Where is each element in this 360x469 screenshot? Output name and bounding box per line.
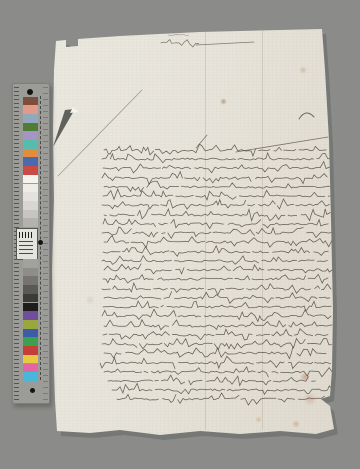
handwriting-line <box>104 347 326 359</box>
handwriting-line <box>102 283 331 295</box>
handwriting-line <box>100 356 331 368</box>
handwriting-line <box>299 113 314 119</box>
handwriting-line <box>102 256 327 265</box>
micro-text <box>19 241 33 255</box>
color-patch <box>23 149 38 158</box>
handwriting-line <box>103 162 331 173</box>
color-patch <box>23 364 38 373</box>
color-patch <box>23 166 38 175</box>
color-patch <box>23 320 38 329</box>
color-patch <box>23 140 38 149</box>
handwriting-line <box>103 246 328 256</box>
handwriting-line <box>102 172 327 185</box>
handwriting-line <box>58 90 142 176</box>
handwriting-line <box>103 219 328 229</box>
handwriting-line <box>236 137 328 152</box>
handwriting-line <box>102 338 332 349</box>
color-patch <box>23 123 38 132</box>
registration-dot <box>27 89 33 95</box>
color-patch <box>23 97 38 106</box>
handwriting-line <box>112 383 333 394</box>
tear-wedge <box>53 109 75 147</box>
handwriting-line <box>103 274 328 283</box>
handwriting-line <box>108 375 315 385</box>
color-patch <box>23 114 38 123</box>
color-patch <box>23 268 38 277</box>
handwriting-line <box>104 181 330 191</box>
registration-dot <box>30 388 35 393</box>
handwriting-line <box>102 153 330 163</box>
color-patch <box>23 218 38 227</box>
color-patch <box>23 259 38 268</box>
handwriting-line <box>196 135 207 148</box>
color-patch <box>23 201 38 210</box>
handwriting-line <box>103 301 331 311</box>
registration-dot <box>38 240 43 245</box>
barcode-icon <box>19 232 33 238</box>
handwriting-line <box>102 199 330 209</box>
document-page <box>0 0 360 469</box>
handwriting-line <box>168 35 189 36</box>
color-patch <box>23 311 38 320</box>
color-patch <box>23 105 38 114</box>
handwriting-line <box>104 320 332 330</box>
handwriting-line <box>103 329 328 340</box>
color-patch <box>23 337 38 346</box>
color-patch <box>23 355 38 364</box>
handwriting-line <box>102 227 331 238</box>
color-patch <box>23 294 38 303</box>
photograph-background <box>0 0 360 469</box>
color-patch <box>23 210 38 219</box>
color-patch <box>23 175 38 184</box>
color-patch <box>23 276 38 285</box>
manuscript-text-block <box>0 0 360 469</box>
color-calibration-bar <box>12 83 50 404</box>
color-patch <box>23 285 38 294</box>
handwriting-line <box>161 40 199 47</box>
handwriting-line <box>103 189 334 200</box>
color-patch <box>23 346 38 355</box>
handwriting-line <box>104 236 333 248</box>
color-patch <box>23 372 38 381</box>
handwriting-line <box>104 264 332 274</box>
separator-dash-line <box>40 96 41 380</box>
color-patch <box>23 329 38 338</box>
color-patch <box>23 157 38 166</box>
handwriting-line <box>104 144 326 156</box>
color-patch <box>23 192 38 201</box>
handwriting-line <box>104 209 330 221</box>
color-patch <box>23 303 38 312</box>
ruler-ticks <box>43 87 48 400</box>
calibration-label <box>16 228 38 260</box>
color-patch <box>23 184 38 193</box>
handwriting-line <box>104 367 333 377</box>
color-patch <box>23 131 38 140</box>
handwriting-line <box>102 309 331 321</box>
handwriting-line <box>117 393 324 405</box>
handwriting-line <box>196 42 254 45</box>
